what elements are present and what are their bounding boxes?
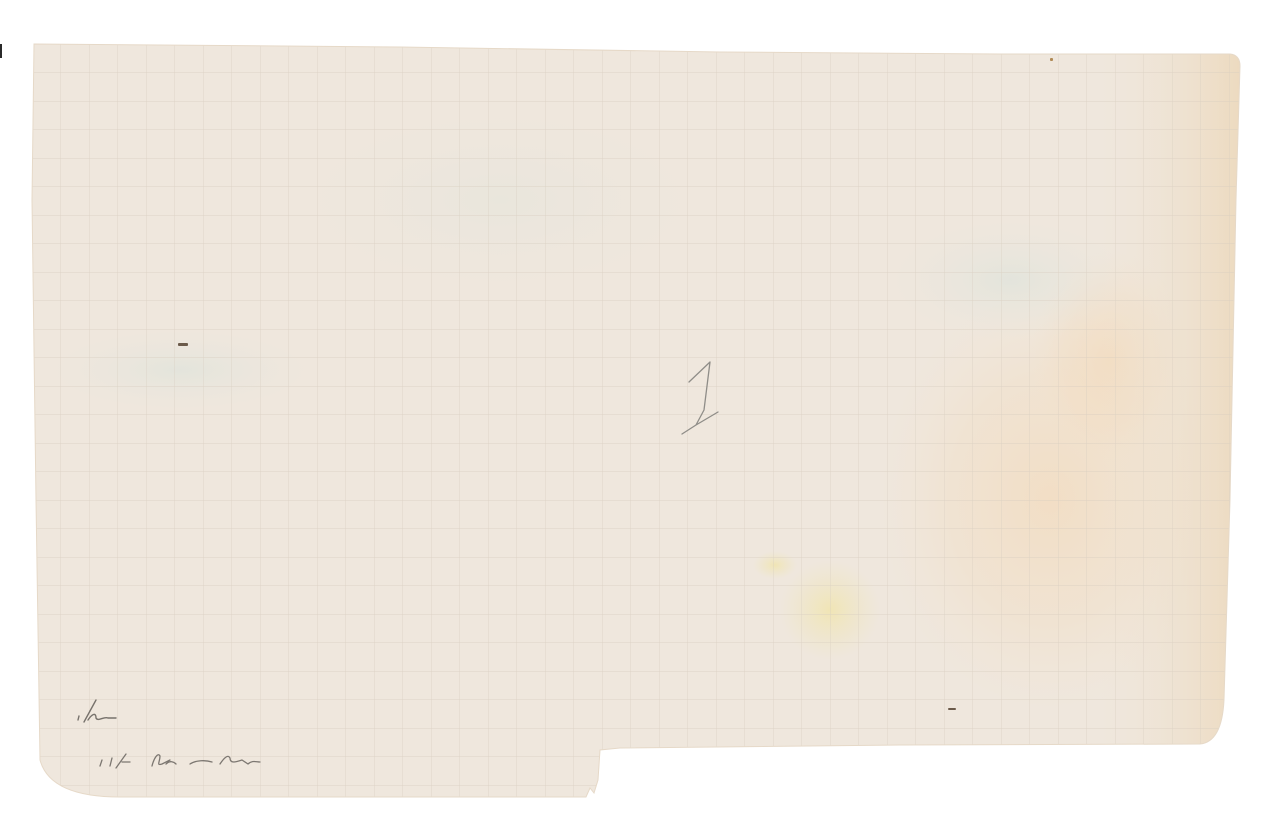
pencil-dash-mark <box>178 343 188 346</box>
stain-dot <box>1050 58 1053 61</box>
pencil-dash-mark <box>948 708 956 710</box>
graph-paper-sheet <box>0 0 1280 830</box>
pencil-annotation-mark <box>74 694 134 734</box>
handwritten-number-one <box>676 352 726 442</box>
scan-canvas: 1 illegible pencil mark illegible pencil… <box>0 0 1280 830</box>
pencil-signature <box>96 746 286 776</box>
